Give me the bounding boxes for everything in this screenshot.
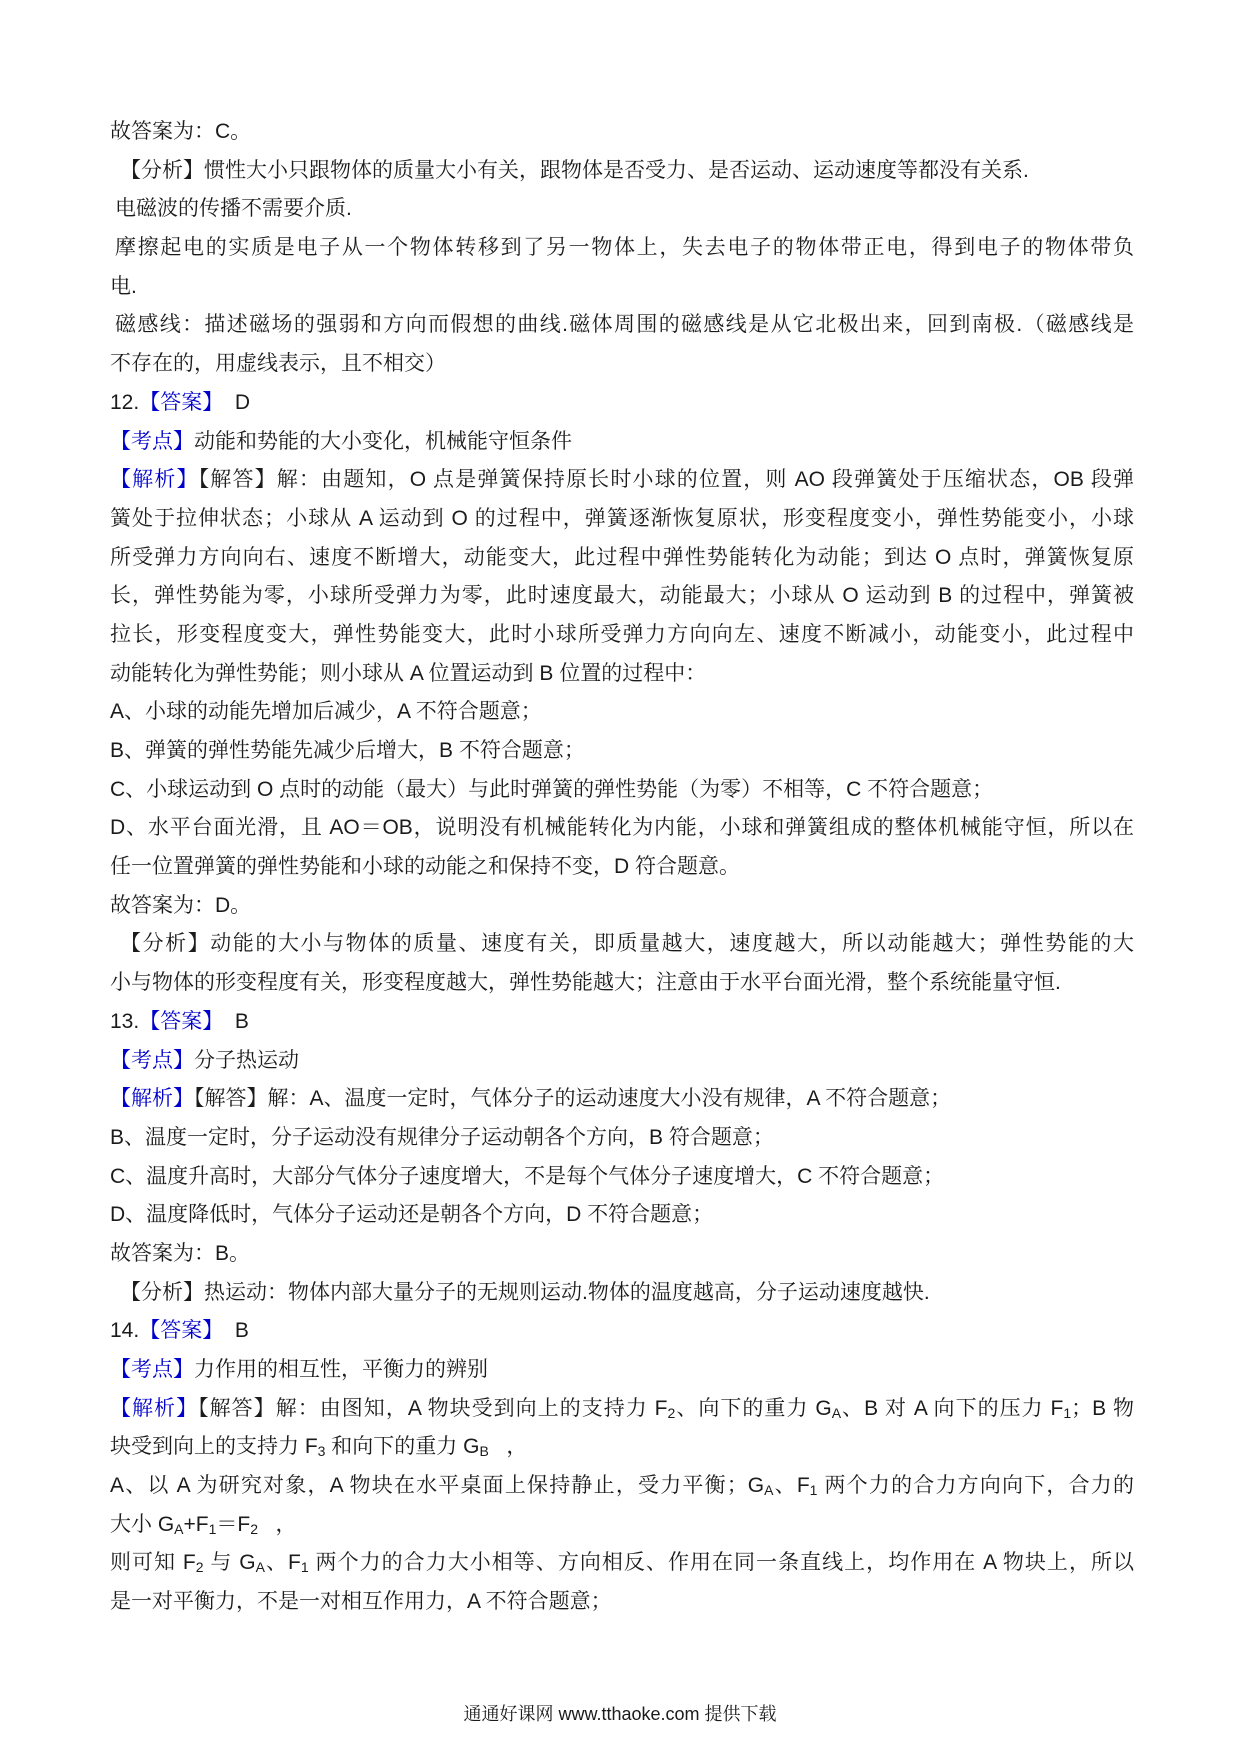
subscript-text: A [174, 1521, 183, 1537]
bracket-label: 【解析】 [110, 468, 199, 491]
text-run: ， [489, 1435, 528, 1458]
document-line: 则可知 F2 与 GA、F1 两个力的合力大小相等、方向相反、作用在同一条直线上… [110, 1544, 1134, 1583]
text-run: 不存在的，用虚线表示，且不相交） [110, 352, 446, 375]
text-run: 【分析】惯性大小只跟物体的质量大小有关，跟物体是否受力、是否运动、运动速度等都没… [120, 159, 1029, 182]
text-run: B [223, 1010, 249, 1033]
text-run: 【分析】热运动：物体内部大量分子的无规则运动.物体的温度越高，分子运动速度越快. [120, 1281, 930, 1304]
text-run: 长，弹性势能为零，小球所受弹力为零，此时速度最大，动能最大；小球从 O 运动到 … [110, 584, 1134, 607]
document-line: C、小球运动到 O 点时的动能（最大）与此时弹簧的弹性势能（为零）不相等，C 不… [110, 771, 1134, 810]
text-run: 磁感线：描述磁场的强弱和方向而假想的曲线.磁体周围的磁感线是从它北极出来，回到南… [115, 313, 1134, 336]
document-line: 【解析】【解答】解：A、温度一定时，气体分子的运动速度大小没有规律，A 不符合题… [110, 1080, 1134, 1119]
text-run: 所受弹力方向向右、速度不断增大，动能变大，此过程中弹性势能转化为动能；到达 O … [110, 546, 1134, 569]
text-run: 动能和势能的大小变化，机械能守恒条件 [194, 430, 572, 453]
document-line: 【分析】动能的大小与物体的质量、速度有关，即质量越大，速度越大，所以动能越大；弹… [110, 925, 1134, 964]
text-run: 【分析】动能的大小与物体的质量、速度有关，即质量越大，速度越大，所以动能越大；弹… [120, 932, 1134, 955]
text-run: 力作用的相互性，平衡力的辨别 [194, 1358, 488, 1381]
document-line: A、以 A 为研究对象，A 物块在水平桌面上保持静止，受力平衡；GA、F1 两个… [110, 1467, 1134, 1506]
document-line: 13.【答案】 B [110, 1003, 1134, 1042]
document-line: 所受弹力方向向右、速度不断增大，动能变大，此过程中弹性势能转化为动能；到达 O … [110, 539, 1134, 578]
footer-text: 通通好课网 www.tthaoke.com 提供下载 [463, 1704, 776, 1724]
text-run: 故答案为：D。 [110, 894, 251, 917]
text-run: 大小 G [110, 1513, 174, 1536]
text-run: ；B 物 [1071, 1397, 1134, 1420]
bracket-label: 【考点】 [110, 1358, 194, 1381]
bracket-label: 【答案】 [139, 391, 223, 414]
document-line: 【解析】【解答】解：由题知，O 点是弹簧保持原长时小球的位置，则 AO 段弹簧处… [110, 461, 1134, 500]
document-line: 电. [110, 268, 1134, 307]
document-line: 【考点】力作用的相互性，平衡力的辨别 [110, 1351, 1134, 1390]
document-line: 14.【答案】 B [110, 1312, 1134, 1351]
bracket-label: 【解析】 [110, 1397, 198, 1420]
text-run: 摩擦起电的实质是电子从一个物体转移到了另一物体上，失去电子的物体带正电，得到电子… [115, 236, 1134, 259]
document-line: 摩擦起电的实质是电子从一个物体转移到了另一物体上，失去电子的物体带正电，得到电子… [110, 229, 1134, 268]
document-line: 【考点】分子热运动 [110, 1042, 1134, 1081]
document-line: 大小 GA+F1＝F2 ， [110, 1506, 1134, 1545]
text-run: 电磁波的传播不需要介质. [115, 197, 352, 220]
text-run: 13. [110, 1010, 139, 1033]
document-line: C、温度升高时，大部分气体分子速度增大，不是每个气体分子速度增大，C 不符合题意… [110, 1158, 1134, 1197]
document-line: 故答案为：C。 [110, 113, 1134, 152]
text-run: 分子热运动 [194, 1049, 299, 1072]
text-run: 、F [265, 1551, 301, 1574]
text-run: 动能转化为弹性势能；则小球从 A 位置运动到 B 位置的过程中： [110, 662, 706, 685]
bracket-label: 【答案】 [139, 1319, 223, 1342]
text-run: 【解答】解：A、温度一定时，气体分子的运动速度大小没有规律，A 不符合题意； [194, 1087, 951, 1110]
bracket-label: 【考点】 [110, 1049, 194, 1072]
subscript-text: 2 [250, 1521, 258, 1537]
subscript-text: A [832, 1405, 841, 1421]
document-line: 故答案为：B。 [110, 1235, 1134, 1274]
document-line: 块受到向上的支持力 F3 和向下的重力 GB ， [110, 1428, 1134, 1467]
text-run: 则可知 F [110, 1551, 196, 1574]
document-line: A、小球的动能先增加后减少，A 不符合题意； [110, 693, 1134, 732]
document-line: D、温度降低时，气体分子运动还是朝各个方向，D 不符合题意； [110, 1196, 1134, 1235]
document-line: 磁感线：描述磁场的强弱和方向而假想的曲线.磁体周围的磁感线是从它北极出来，回到南… [110, 306, 1134, 345]
text-run: 14. [110, 1319, 139, 1342]
text-run: A、以 A 为研究对象，A 物块在水平桌面上保持静止，受力平衡；G [110, 1474, 764, 1497]
text-run: +F [184, 1513, 209, 1536]
subscript-text: 2 [196, 1559, 204, 1575]
text-run: 任一位置弹簧的弹性势能和小球的动能之和保持不变，D 符合题意。 [110, 855, 740, 878]
text-run: 故答案为：B。 [110, 1242, 250, 1265]
document-line: 【分析】热运动：物体内部大量分子的无规则运动.物体的温度越高，分子运动速度越快. [110, 1274, 1134, 1313]
text-run: A、小球的动能先增加后减少，A 不符合题意； [110, 700, 542, 723]
document-line: 拉长，形变程度变大，弹性势能变大，此时小球所受弹力方向向左、速度不断减小，动能变… [110, 616, 1134, 655]
subscript-text: B [479, 1443, 488, 1459]
text-run: 和向下的重力 G [325, 1435, 479, 1458]
document-line: 【分析】惯性大小只跟物体的质量大小有关，跟物体是否受力、是否运动、运动速度等都没… [110, 152, 1134, 191]
document-line: 【解析】【解答】解：由图知，A 物块受到向上的支持力 F2、向下的重力 GA、B… [110, 1390, 1134, 1429]
document-line: 【考点】动能和势能的大小变化，机械能守恒条件 [110, 423, 1134, 462]
document-line: 簧处于拉伸状态；小球从 A 运动到 O 的过程中，弹簧逐渐恢复原状，形变程度变小… [110, 500, 1134, 539]
document-page: 故答案为：C。【分析】惯性大小只跟物体的质量大小有关，跟物体是否受力、是否运动、… [0, 0, 1240, 1754]
text-run: C、小球运动到 O 点时的动能（最大）与此时弹簧的弹性势能（为零）不相等，C 不… [110, 778, 993, 801]
document-line: 长，弹性势能为零，小球所受弹力为零，此时速度最大，动能最大；小球从 O 运动到 … [110, 577, 1134, 616]
bracket-label: 【考点】 [110, 430, 194, 453]
document-line: 不存在的，用虚线表示，且不相交） [110, 345, 1134, 384]
document-line: D、水平台面光滑，且 AO＝OB，说明没有机械能转化为内能，小球和弹簧组成的整体… [110, 809, 1134, 848]
document-line: B、温度一定时，分子运动没有规律分子运动朝各个方向，B 符合题意； [110, 1119, 1134, 1158]
text-run: 、B 对 A 向下的压力 F [841, 1397, 1063, 1420]
text-run: 两个力的合力大小相等、方向相反、作用在同一条直线上，均作用在 A 物块上，所以 [309, 1551, 1134, 1574]
bracket-label: 【答案】 [139, 1010, 223, 1033]
bracket-label: 【解析】 [110, 1087, 194, 1110]
text-run: B [223, 1319, 249, 1342]
text-run: D、温度降低时，气体分子运动还是朝各个方向，D 不符合题意； [110, 1203, 713, 1226]
text-run: D、水平台面光滑，且 AO＝OB，说明没有机械能转化为内能，小球和弹簧组成的整体… [110, 816, 1134, 839]
text-run: 簧处于拉伸状态；小球从 A 运动到 O 的过程中，弹簧逐渐恢复原状，形变程度变小… [110, 507, 1134, 530]
subscript-text: 1 [1063, 1405, 1071, 1421]
text-run: ， [258, 1513, 297, 1536]
text-run: 两个力的合力方向向下，合力的 [817, 1474, 1134, 1497]
subscript-text: 1 [301, 1559, 309, 1575]
text-run: 拉长，形变程度变大，弹性势能变大，此时小球所受弹力方向向左、速度不断减小，动能变… [110, 623, 1134, 646]
text-run: D [223, 391, 250, 414]
text-run: 【解答】解：由题知，O 点是弹簧保持原长时小球的位置，则 AO 段弹簧处于压缩状… [199, 468, 1134, 491]
text-run: 电. [110, 275, 137, 298]
document-line: 是一对平衡力，不是一对相互作用力，A 不符合题意； [110, 1583, 1134, 1622]
text-run: 是一对平衡力，不是一对相互作用力，A 不符合题意； [110, 1590, 612, 1613]
document-line: 12.【答案】 D [110, 384, 1134, 423]
page-footer: 通通好课网 www.tthaoke.com 提供下载 [0, 1700, 1240, 1726]
text-run: 故答案为：C。 [110, 120, 251, 143]
document-line: 任一位置弹簧的弹性势能和小球的动能之和保持不变，D 符合题意。 [110, 848, 1134, 887]
text-run: 12. [110, 391, 139, 414]
text-run: 块受到向上的支持力 F [110, 1435, 318, 1458]
text-run: ＝F [216, 1513, 250, 1536]
text-run: 与 G [204, 1551, 256, 1574]
document-body: 故答案为：C。【分析】惯性大小只跟物体的质量大小有关，跟物体是否受力、是否运动、… [110, 113, 1134, 1622]
text-run: 、向下的重力 G [675, 1397, 831, 1420]
text-run: B、弹簧的弹性势能先减少后增大，B 不符合题意； [110, 739, 585, 762]
text-run: 【解答】解：由图知，A 物块受到向上的支持力 F [198, 1397, 667, 1420]
text-run: B、温度一定时，分子运动没有规律分子运动朝各个方向，B 符合题意； [110, 1126, 774, 1149]
document-line: B、弹簧的弹性势能先减少后增大，B 不符合题意； [110, 732, 1134, 771]
document-line: 电磁波的传播不需要介质. [110, 190, 1134, 229]
text-run: C、温度升高时，大部分气体分子速度增大，不是每个气体分子速度增大，C 不符合题意… [110, 1165, 944, 1188]
document-line: 小与物体的形变程度有关，形变程度越大，弹性势能越大；注意由于水平台面光滑，整个系… [110, 964, 1134, 1003]
document-line: 动能转化为弹性势能；则小球从 A 位置运动到 B 位置的过程中： [110, 655, 1134, 694]
document-line: 故答案为：D。 [110, 887, 1134, 926]
subscript-text: A [256, 1559, 265, 1575]
text-run: 小与物体的形变程度有关，形变程度越大，弹性势能越大；注意由于水平台面光滑，整个系… [110, 971, 1061, 994]
text-run: 、F [773, 1474, 809, 1497]
